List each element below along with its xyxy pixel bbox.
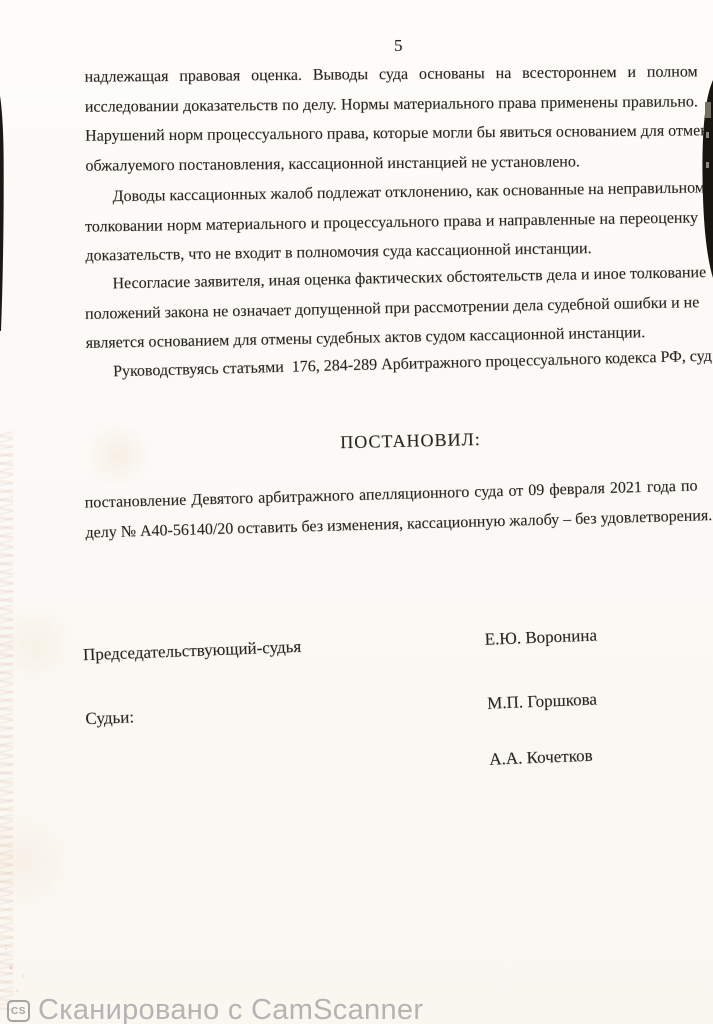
paragraph: Доводы кассационных жалоб подлежат откло… [84,173,698,271]
text-line: надлежащая правовая оценка. Выводы суда … [84,57,697,92]
presiding-judge-name: Е.Ю. Воронина [484,625,597,649]
judge-name: А.А. Кочетков [489,746,593,770]
camscanner-icon: CS [7,1000,30,1022]
presiding-judge-label: Председательствующий-судья [83,637,302,665]
signature-block: Председательствующий-судья Е.Ю. Воронина… [82,617,617,787]
judges-label: Судьи: [85,707,134,729]
page-number: 5 [394,36,403,56]
judge-row: А.А. Кочетков [87,745,617,765]
camscanner-watermark-text: Сканировано с CamScanner [38,995,423,1024]
scan-noise-left-edge [0,430,13,1010]
text-line: Нарушений норм процессуального права, ко… [85,116,698,151]
resolution-heading: ПОСТАНОВИЛ: [85,424,698,459]
paragraph: надлежащая правовая оценка. Выводы суда … [84,57,698,180]
judge-row: Судьи: М.П. Горшкова [85,689,615,709]
scan-shadow-right-edge [699,80,713,280]
paragraph: Несогласие заявителя, иная оценка фактич… [84,258,699,358]
scan-shadow-left-edge [0,96,6,331]
resolution-paragraph: постановление Девятого арбитражного апел… [84,471,698,547]
scanned-court-document-page: { "page": { "number": "5" }, "body": { "… [0,0,713,1024]
presiding-judge-row: Председательствующий-судья Е.Ю. Воронина [83,625,613,645]
judge-name: М.П. Горшкова [487,690,597,714]
camscanner-watermark: CS Сканировано с CamScanner [7,995,423,1024]
